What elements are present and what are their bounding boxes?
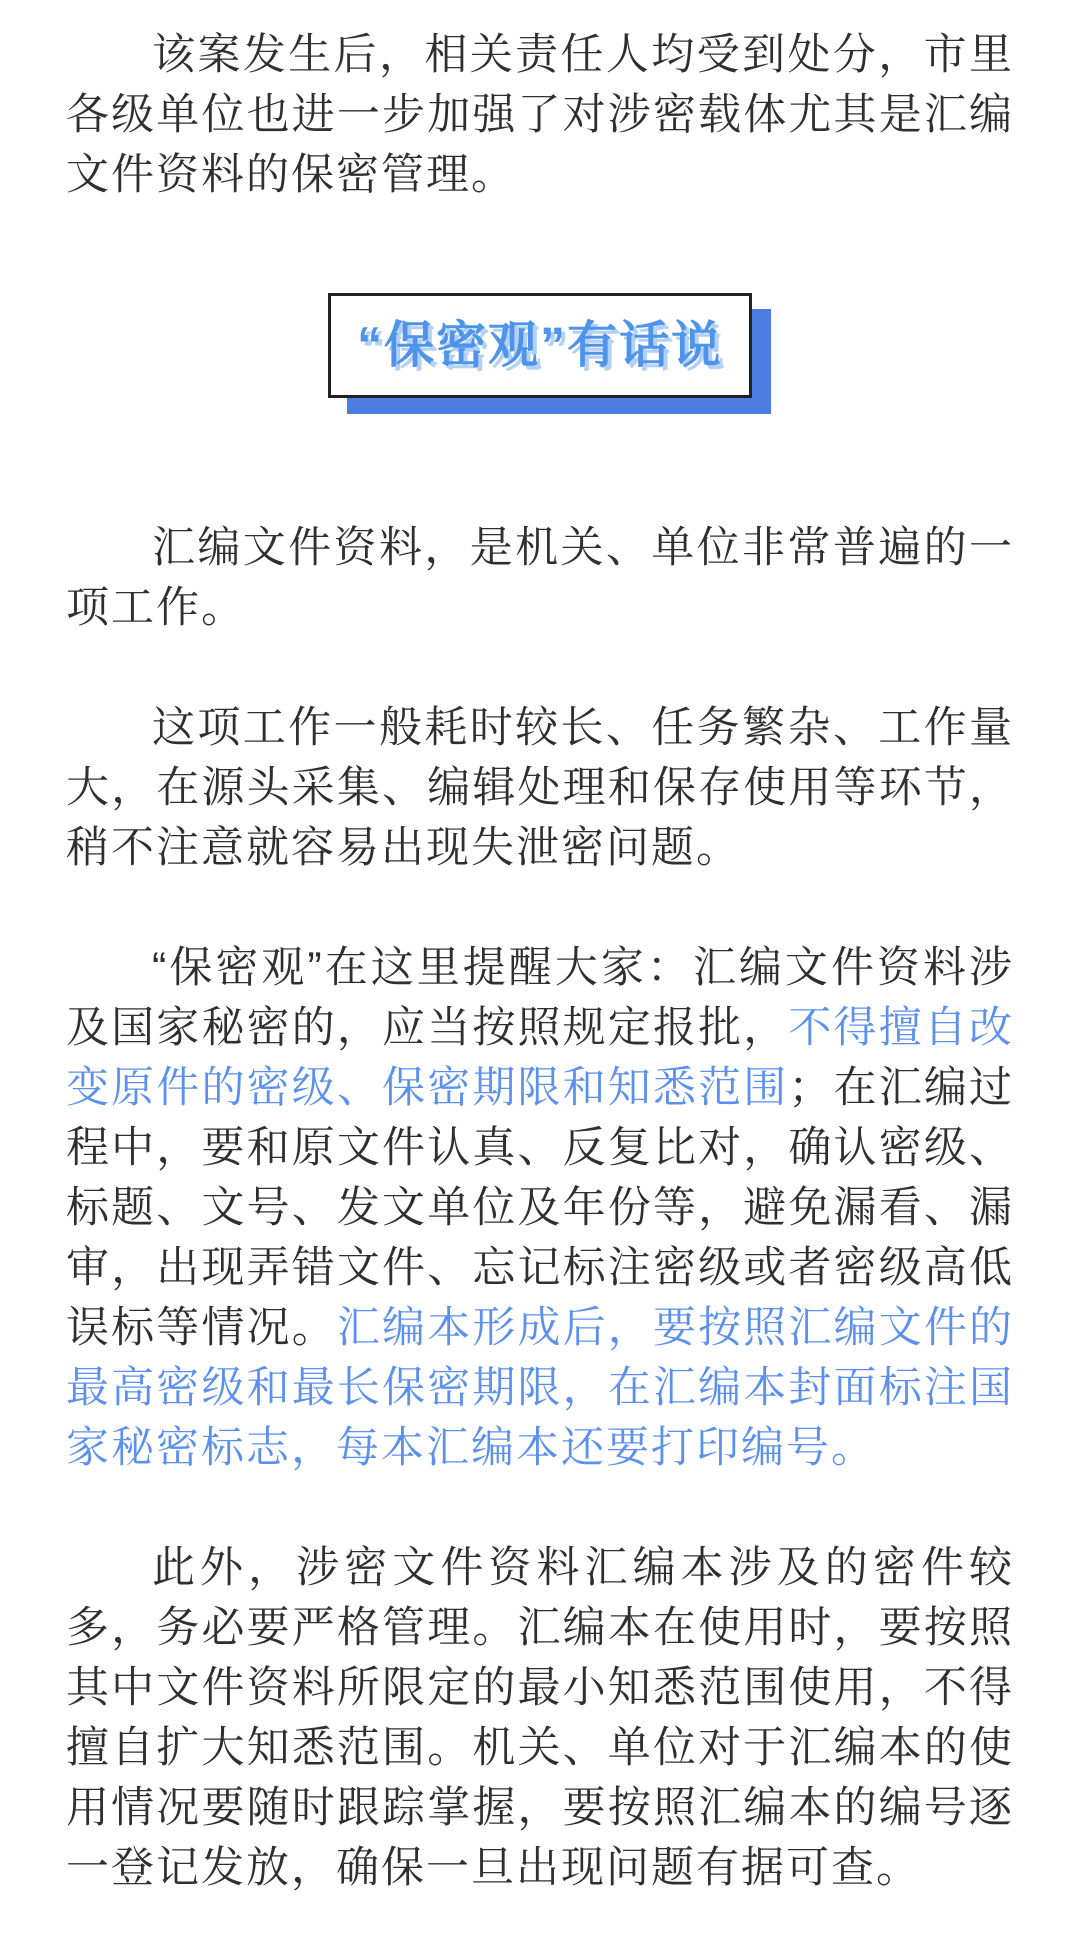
article-page: 该案发生后，相关责任人均受到处分，市里各级单位也进一步加强了对涉密载体尤其是汇编…	[0, 0, 1080, 1938]
section-heading-label: “保密观”有话说	[357, 317, 723, 373]
intro-paragraph: 该案发生后，相关责任人均受到处分，市里各级单位也进一步加强了对涉密载体尤其是汇编…	[66, 25, 1014, 205]
text-segment: 汇编文件资料，是机关、单位非常普遍的一项工作。	[66, 524, 1014, 632]
body-paragraph: 此外，涉密文件资料汇编本涉及的密件较多，务必要严格管理。汇编本在使用时，要按照其…	[66, 1538, 1014, 1898]
section-heading-wrap: “保密观”有话说	[66, 293, 1014, 398]
body-paragraph: “保密观”在这里提醒大家：汇编文件资料涉及国家秘密的，应当按照规定报批，不得擅自…	[66, 938, 1014, 1478]
text-segment: 此外，涉密文件资料汇编本涉及的密件较多，务必要严格管理。汇编本在使用时，要按照其…	[66, 1544, 1014, 1892]
body-paragraph: 这项工作一般耗时较长、任务繁杂、工作量大，在源头采集、编辑处理和保存使用等环节，…	[66, 698, 1014, 878]
text-segment: 这项工作一般耗时较长、任务繁杂、工作量大，在源头采集、编辑处理和保存使用等环节，…	[66, 704, 1014, 872]
body-paragraph: 汇编文件资料，是机关、单位非常普遍的一项工作。	[66, 518, 1014, 638]
section-heading-box: “保密观”有话说	[328, 293, 752, 398]
article-paragraphs: 汇编文件资料，是机关、单位非常普遍的一项工作。这项工作一般耗时较长、任务繁杂、工…	[66, 518, 1014, 1898]
